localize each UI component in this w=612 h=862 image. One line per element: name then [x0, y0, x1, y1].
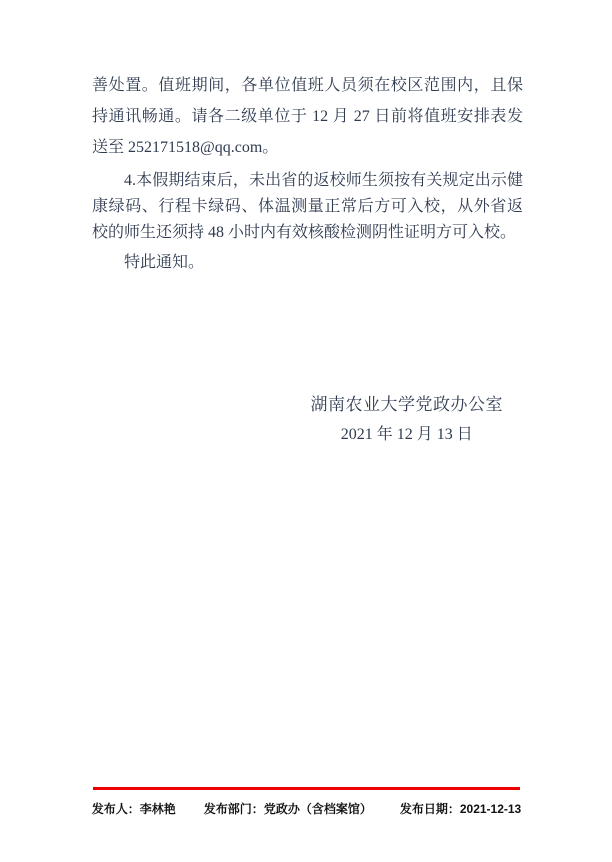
signature-date: 2021 年 12 月 13 日 [311, 420, 504, 450]
footer-department: 发布部门： 党政办（含档案馆） [204, 801, 372, 817]
footer-publication-info: 发布人： 李林艳 发布部门： 党政办（含档案馆） 发布日期： 2021-12-1… [93, 801, 520, 817]
footer-department-value: 党政办（含档案馆） [264, 801, 372, 817]
body-paragraph-duty: 善处置。值班期间，各单位值班人员须在校区范围内，且保持通讯畅通。请各二级单位于 … [92, 70, 523, 163]
footer-publisher: 发布人： 李林艳 [92, 801, 176, 817]
body-paragraph-notice-close: 特此通知。 [92, 250, 523, 276]
document-page: 善处置。值班期间，各单位值班人员须在校区范围内，且保持通讯畅通。请各二级单位于 … [0, 0, 612, 862]
footer-publisher-label: 发布人： [92, 801, 140, 817]
body-paragraph-return-rules: 4.本假期结束后，未出省的返校师生须按有关规定出示健康绿码、行程卡绿码、体温测量… [92, 168, 523, 246]
footer-publisher-value: 李林艳 [140, 801, 176, 817]
footer-publish-date-value: 2021-12-13 [460, 801, 521, 817]
footer-red-divider [93, 787, 520, 790]
signature-org: 湖南农业大学党政办公室 [311, 389, 504, 420]
footer-publish-date: 发布日期： 2021-12-13 [400, 801, 521, 817]
footer-department-label: 发布部门： [204, 801, 264, 817]
signature-block: 湖南农业大学党政办公室 2021 年 12 月 13 日 [311, 389, 504, 450]
footer-publish-date-label: 发布日期： [400, 801, 460, 817]
document-body: 善处置。值班期间，各单位值班人员须在校区范围内，且保持通讯畅通。请各二级单位于 … [92, 70, 523, 276]
